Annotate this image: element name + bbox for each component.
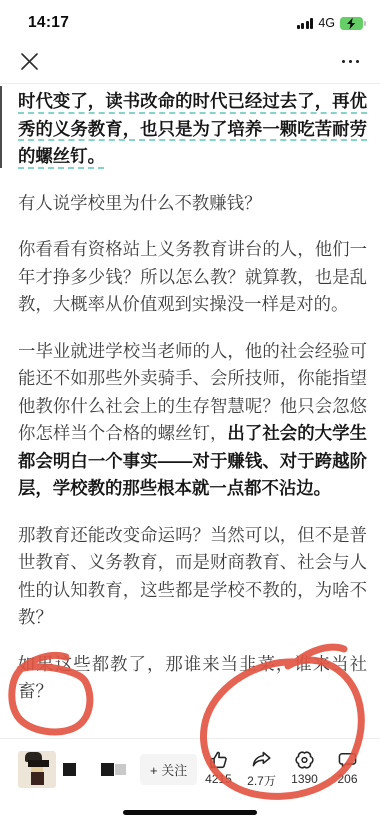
comment-button[interactable]: 206 [329, 749, 366, 789]
username-redaction-blocks [63, 763, 126, 776]
close-button[interactable] [17, 49, 42, 74]
thumbs-up-icon [207, 749, 230, 771]
paragraph-highlighted: 时代变了，读书改命的时代已经过去了，再优秀的义务教育，也只是为了培养一颗吃苦耐劳… [18, 88, 367, 171]
paragraph: 一毕业就进学校当老师的人，他的社会经验可能还不如那些外卖骑手、会所技师，你能指望… [18, 338, 367, 503]
like-button[interactable]: 4215 [200, 749, 237, 789]
signal-strength-icon [297, 18, 314, 29]
flower-badge-icon [293, 749, 316, 771]
reward-button[interactable]: 1390 [286, 749, 323, 789]
post-body: 时代变了，读书改命的时代已经过去了，再优秀的义务教育，也只是为了培养一颗吃苦耐劳… [0, 84, 380, 758]
home-indicator-handle[interactable] [123, 810, 257, 815]
more-options-button[interactable] [338, 56, 364, 68]
like-count: 4215 [205, 772, 232, 786]
engagement-actions: 4215 2.7万 1390 206 [200, 749, 366, 789]
paragraph: 如果这些都教了，那谁来当韭菜，谁来当社畜？ [18, 651, 367, 706]
ellipsis-icon [342, 60, 360, 64]
screenshot-edge-artifact [0, 86, 2, 168]
redaction-block [115, 764, 126, 775]
close-icon [21, 53, 38, 70]
comment-bubble-icon [336, 749, 359, 771]
author-avatar[interactable] [18, 751, 56, 788]
redaction-block [63, 763, 76, 776]
clock: 14:17 [28, 14, 69, 32]
comment-count: 206 [337, 772, 357, 786]
follow-button[interactable]: + 关注 [140, 754, 197, 785]
battery-charging-icon [340, 17, 366, 30]
redaction-block [101, 763, 114, 776]
share-button[interactable]: 2.7万 [243, 749, 280, 789]
paragraph: 有人说学校里为什么不教赚钱？ [18, 190, 367, 218]
reward-count: 1390 [291, 772, 318, 786]
share-count: 2.7万 [247, 772, 276, 789]
paragraph: 那教育还能改变命运吗？当然可以，但不是普世教育、义务教育，而是财商教育、社会与人… [18, 522, 367, 632]
status-bar: 14:17 4G [0, 0, 380, 40]
paragraph: 你看看有资格站上义务教育讲台的人，他们一年才挣多少钱？所以怎么教？就算教，也是乱… [18, 236, 367, 319]
share-arrow-icon [250, 749, 273, 771]
network-type-label: 4G [318, 16, 335, 30]
post-header [0, 40, 380, 84]
